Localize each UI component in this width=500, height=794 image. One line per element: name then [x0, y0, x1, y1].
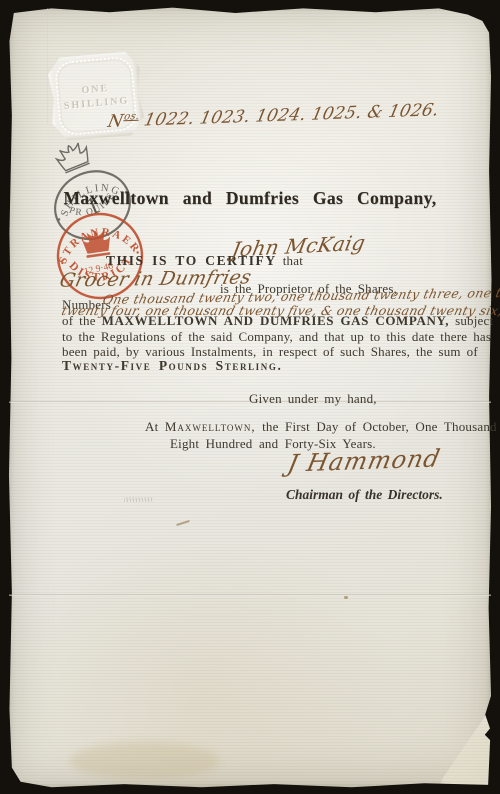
- chairman-title: Chairman of the Directors.: [286, 487, 443, 503]
- given-text: Given under my hand,: [249, 391, 377, 407]
- no-superscript: os.: [123, 111, 141, 123]
- ink-speck: [344, 596, 348, 599]
- chairman-signature: J Hammond: [288, 444, 441, 477]
- faint-pencil-mark: [124, 497, 154, 502]
- sum-text: Twenty-Five Pounds Sterling.: [62, 358, 282, 374]
- photograph-background: ONE SHILLING Nos. 1022. 1023. 1024. 1025…: [0, 0, 500, 794]
- vertical-crease: [47, 8, 48, 123]
- corner-fold: [436, 706, 492, 788]
- body-line-1: of the MAXWELLTOWN AND DUMFRIES GAS COMP…: [62, 313, 493, 329]
- company-title: Maxwelltown and Dumfries Gas Company,: [0, 188, 500, 209]
- place-date-line-1: At Maxwelltown, the First Day of October…: [145, 419, 497, 435]
- body-line-2: to the Regulations of the said Company, …: [62, 329, 491, 345]
